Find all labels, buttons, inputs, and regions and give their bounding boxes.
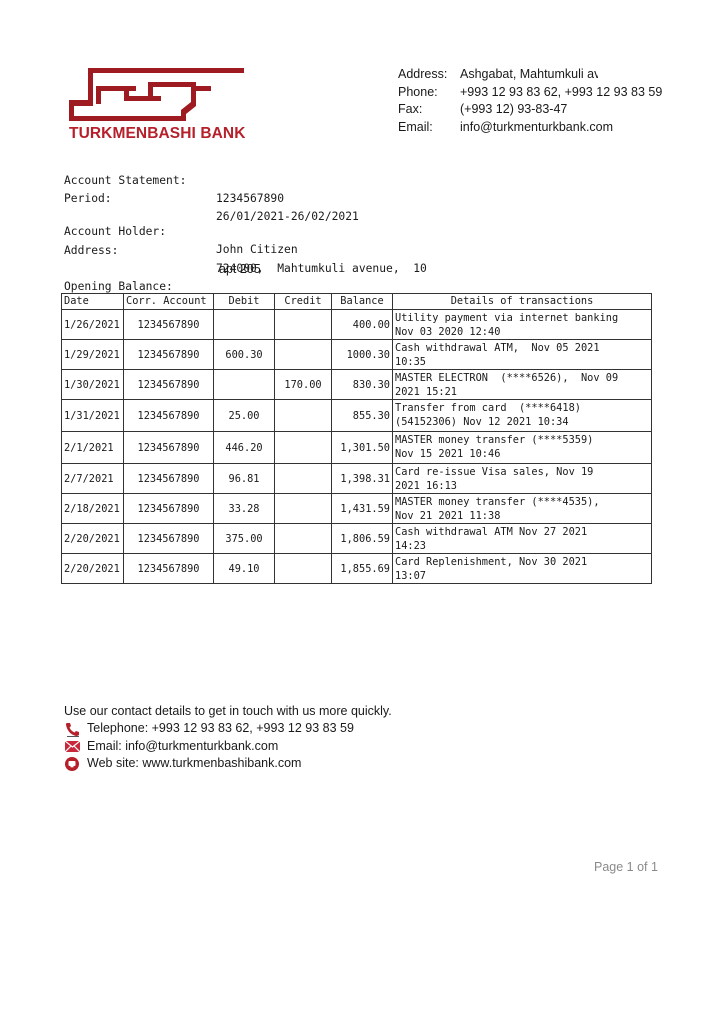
table-row: 1/31/2021123456789025.00855.30Transfer f… bbox=[62, 400, 652, 432]
cell-date: 2/20/2021 bbox=[62, 524, 124, 554]
cell-corr-account: 1234567890 bbox=[124, 400, 214, 432]
col-corr-account-header: Corr. Account bbox=[124, 294, 214, 310]
bank-address-value: Ashgabat, Mahtumkuli avenue bbox=[460, 66, 598, 84]
cell-corr-account: 1234567890 bbox=[124, 310, 214, 340]
cell-details: Transfer from card (****6418)(54152306) … bbox=[393, 400, 652, 432]
footer-telephone-text: Telephone: +993 12 93 83 62, +993 12 93 … bbox=[87, 720, 354, 737]
cell-credit bbox=[275, 494, 332, 524]
period-value: 26/01/2021-26/02/2021 bbox=[216, 208, 359, 227]
details-line: Cash withdrawal ATM, Nov 05 2021 bbox=[395, 341, 649, 355]
cell-credit bbox=[275, 554, 332, 584]
cell-details: MASTER money transfer (****5359)Nov 15 2… bbox=[393, 432, 652, 464]
bank-phone-label: Phone: bbox=[398, 84, 460, 102]
col-credit-header: Credit bbox=[275, 294, 332, 310]
table-row: 1/26/20211234567890400.00Utility payment… bbox=[62, 310, 652, 340]
page-number: Page 1 of 1 bbox=[594, 860, 658, 874]
cell-balance: 855.30 bbox=[332, 400, 393, 432]
cell-balance: 1,806.59 bbox=[332, 524, 393, 554]
details-line: Utility payment via internet banking bbox=[395, 311, 649, 325]
account-statement-label: Account Statement: bbox=[64, 172, 186, 191]
cell-corr-account: 1234567890 bbox=[124, 340, 214, 370]
col-debit-header: Debit bbox=[214, 294, 275, 310]
table-row: 2/7/2021123456789096.811,398.31Card re-i… bbox=[62, 464, 652, 494]
cell-date: 1/29/2021 bbox=[62, 340, 124, 370]
details-line: 10:35 bbox=[395, 355, 649, 369]
cell-balance: 400.00 bbox=[332, 310, 393, 340]
cell-credit bbox=[275, 432, 332, 464]
table-row: 2/20/20211234567890375.001,806.59Cash wi… bbox=[62, 524, 652, 554]
cell-debit: 600.30 bbox=[214, 340, 275, 370]
footer-website-text: Web site: www.turkmenbashibank.com bbox=[87, 755, 301, 772]
cell-corr-account: 1234567890 bbox=[124, 554, 214, 584]
details-line: 2021 16:13 bbox=[395, 479, 649, 493]
bank-name: TURKMENBASHI BANK bbox=[69, 125, 246, 143]
cell-corr-account: 1234567890 bbox=[124, 370, 214, 400]
table-row: 1/30/20211234567890170.00830.30MASTER EL… bbox=[62, 370, 652, 400]
table-row: 2/1/20211234567890446.201,301.50MASTER m… bbox=[62, 432, 652, 464]
footer-website: Web site: www.turkmenbashibank.com bbox=[64, 755, 392, 772]
table-row: 2/18/2021123456789033.281,431.59MASTER m… bbox=[62, 494, 652, 524]
details-line: MASTER money transfer (****4535), bbox=[395, 495, 649, 509]
cell-corr-account: 1234567890 bbox=[124, 524, 214, 554]
cell-debit: 49.10 bbox=[214, 554, 275, 584]
details-line: MASTER money transfer (****5359) bbox=[395, 433, 649, 447]
cell-debit bbox=[214, 310, 275, 340]
opening-balance-row: Opening Balance: bbox=[64, 259, 78, 296]
phone-icon bbox=[64, 722, 80, 736]
bank-contact-block: Address: Ashgabat, Mahtumkuli avenue Pho… bbox=[398, 66, 662, 136]
table-row: 1/29/20211234567890600.301000.30Cash wit… bbox=[62, 340, 652, 370]
col-details-header: Details of transactions bbox=[393, 294, 652, 310]
details-line: Nov 15 2021 10:46 bbox=[395, 447, 649, 461]
col-balance-header: Balance bbox=[332, 294, 393, 310]
details-line: 2021 15:21 bbox=[395, 385, 649, 399]
details-line: MASTER ELECTRON (****6526), Nov 09 bbox=[395, 371, 649, 385]
details-line: 13:07 bbox=[395, 569, 649, 583]
cell-balance: 1,431.59 bbox=[332, 494, 393, 524]
cell-balance: 1000.30 bbox=[332, 340, 393, 370]
account-statement-value: 1234567890 bbox=[216, 190, 284, 209]
table-header-row: Date Corr. Account Debit Credit Balance … bbox=[62, 294, 652, 310]
cell-debit bbox=[214, 370, 275, 400]
bank-address-label: Address: bbox=[398, 66, 460, 84]
cell-debit: 33.28 bbox=[214, 494, 275, 524]
web-icon bbox=[64, 757, 80, 771]
cell-debit: 25.00 bbox=[214, 400, 275, 432]
cell-details: Cash withdrawal ATM, Nov 05 202110:35 bbox=[393, 340, 652, 370]
cell-details: Cash withdrawal ATM Nov 27 202114:23 bbox=[393, 524, 652, 554]
cell-credit: 170.00 bbox=[275, 370, 332, 400]
transactions-table: Date Corr. Account Debit Credit Balance … bbox=[61, 293, 652, 584]
cell-balance: 1,398.31 bbox=[332, 464, 393, 494]
footer-email-text: Email: info@turkmenturkbank.com bbox=[87, 738, 278, 755]
bank-address-row: Address: Ashgabat, Mahtumkuli avenue bbox=[398, 66, 662, 84]
cell-credit bbox=[275, 340, 332, 370]
cell-corr-account: 1234567890 bbox=[124, 464, 214, 494]
account-holder-label: Account Holder: bbox=[64, 223, 166, 242]
cell-corr-account: 1234567890 bbox=[124, 494, 214, 524]
cell-date: 2/7/2021 bbox=[62, 464, 124, 494]
bank-email-value: info@turkmenturkbank.com bbox=[460, 119, 613, 137]
cell-balance: 1,855.69 bbox=[332, 554, 393, 584]
cell-balance: 1,301.50 bbox=[332, 432, 393, 464]
cell-date: 1/31/2021 bbox=[62, 400, 124, 432]
cell-debit: 96.81 bbox=[214, 464, 275, 494]
footer-contacts: Use our contact details to get in touch … bbox=[64, 703, 392, 773]
cell-corr-account: 1234567890 bbox=[124, 432, 214, 464]
cell-debit: 375.00 bbox=[214, 524, 275, 554]
bank-phone-row: Phone: +993 12 93 83 62, +993 12 93 83 5… bbox=[398, 84, 662, 102]
cell-date: 2/20/2021 bbox=[62, 554, 124, 584]
footer-telephone: Telephone: +993 12 93 83 62, +993 12 93 … bbox=[64, 720, 392, 737]
holder-address-line2: apt 205 bbox=[219, 260, 261, 279]
bank-email-row: Email: info@turkmenturkbank.com bbox=[398, 119, 662, 137]
details-line: Card re-issue Visa sales, Nov 19 bbox=[395, 465, 649, 479]
bank-fax-value: (+993 12) 93-83-47 bbox=[460, 101, 567, 119]
details-line: Transfer from card (****6418) bbox=[395, 401, 649, 415]
details-line: Card Replenishment, Nov 30 2021 bbox=[395, 555, 649, 569]
cell-details: MASTER ELECTRON (****6526), Nov 092021 1… bbox=[393, 370, 652, 400]
cell-date: 2/1/2021 bbox=[62, 432, 124, 464]
details-line: Cash withdrawal ATM Nov 27 2021 bbox=[395, 525, 649, 539]
cell-details: Card re-issue Visa sales, Nov 192021 16:… bbox=[393, 464, 652, 494]
cell-credit bbox=[275, 400, 332, 432]
envelope-icon bbox=[64, 740, 80, 754]
col-date-header: Date bbox=[62, 294, 124, 310]
cell-credit bbox=[275, 310, 332, 340]
cell-debit: 446.20 bbox=[214, 432, 275, 464]
holder-address-label: Address: bbox=[64, 242, 118, 261]
footer-intro: Use our contact details to get in touch … bbox=[64, 703, 392, 720]
bank-phone-value: +993 12 93 83 62, +993 12 93 83 59 bbox=[460, 84, 662, 102]
cell-details: Utility payment via internet bankingNov … bbox=[393, 310, 652, 340]
bank-logo-mark-icon bbox=[66, 66, 246, 126]
bank-logo: TURKMENBASHI BANK bbox=[66, 66, 246, 142]
bank-fax-label: Fax: bbox=[398, 101, 460, 119]
details-line: Nov 21 2021 11:38 bbox=[395, 509, 649, 523]
cell-details: Card Replenishment, Nov 30 202113:07 bbox=[393, 554, 652, 584]
footer-email: Email: info@turkmenturkbank.com bbox=[64, 738, 392, 755]
cell-credit bbox=[275, 524, 332, 554]
cell-details: MASTER money transfer (****4535),Nov 21 … bbox=[393, 494, 652, 524]
account-holder-value: John Citizen bbox=[216, 241, 298, 260]
bank-email-label: Email: bbox=[398, 119, 460, 137]
details-line: 14:23 bbox=[395, 539, 649, 553]
table-row: 2/20/2021123456789049.101,855.69Card Rep… bbox=[62, 554, 652, 584]
cell-date: 2/18/2021 bbox=[62, 494, 124, 524]
cell-date: 1/26/2021 bbox=[62, 310, 124, 340]
bank-fax-row: Fax: (+993 12) 93-83-47 bbox=[398, 101, 662, 119]
cell-date: 1/30/2021 bbox=[62, 370, 124, 400]
details-line: Nov 03 2020 12:40 bbox=[395, 325, 649, 339]
details-line: (54152306) Nov 12 2021 10:34 bbox=[395, 415, 649, 429]
cell-credit bbox=[275, 464, 332, 494]
cell-balance: 830.30 bbox=[332, 370, 393, 400]
